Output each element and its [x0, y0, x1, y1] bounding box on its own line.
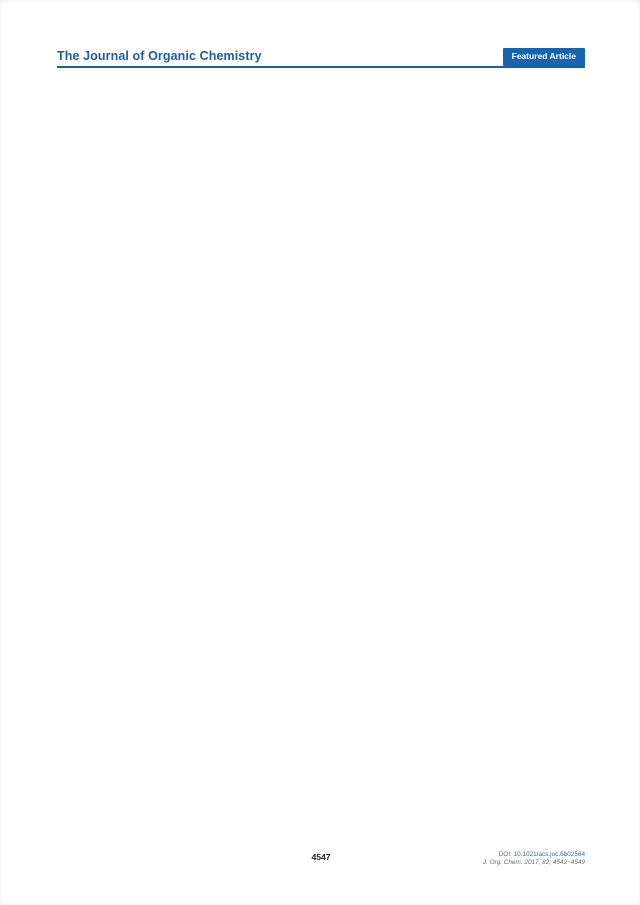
- column-left: [36, 71, 314, 852]
- doi-label: DOI:: [499, 851, 514, 858]
- journal-title: The Journal of Organic Chemistry: [57, 49, 262, 63]
- journal-page: The Journal of Organic Chemistry Feature…: [0, 0, 640, 905]
- header-rule: [57, 66, 585, 68]
- featured-article-badge: Featured Article: [503, 48, 585, 66]
- doi-line: DOI: 10.1021/acs.joc.6b02564: [483, 851, 585, 859]
- footer-citation-block: DOI: 10.1021/acs.joc.6b02564 J. Org. Che…: [483, 851, 585, 867]
- doi-link[interactable]: 10.1021/acs.joc.6b02564: [514, 851, 585, 858]
- journal-citation: J. Org. Chem. 2017, 82, 4542−4549: [483, 859, 585, 867]
- column-right: [329, 71, 607, 852]
- article-body: [36, 71, 606, 852]
